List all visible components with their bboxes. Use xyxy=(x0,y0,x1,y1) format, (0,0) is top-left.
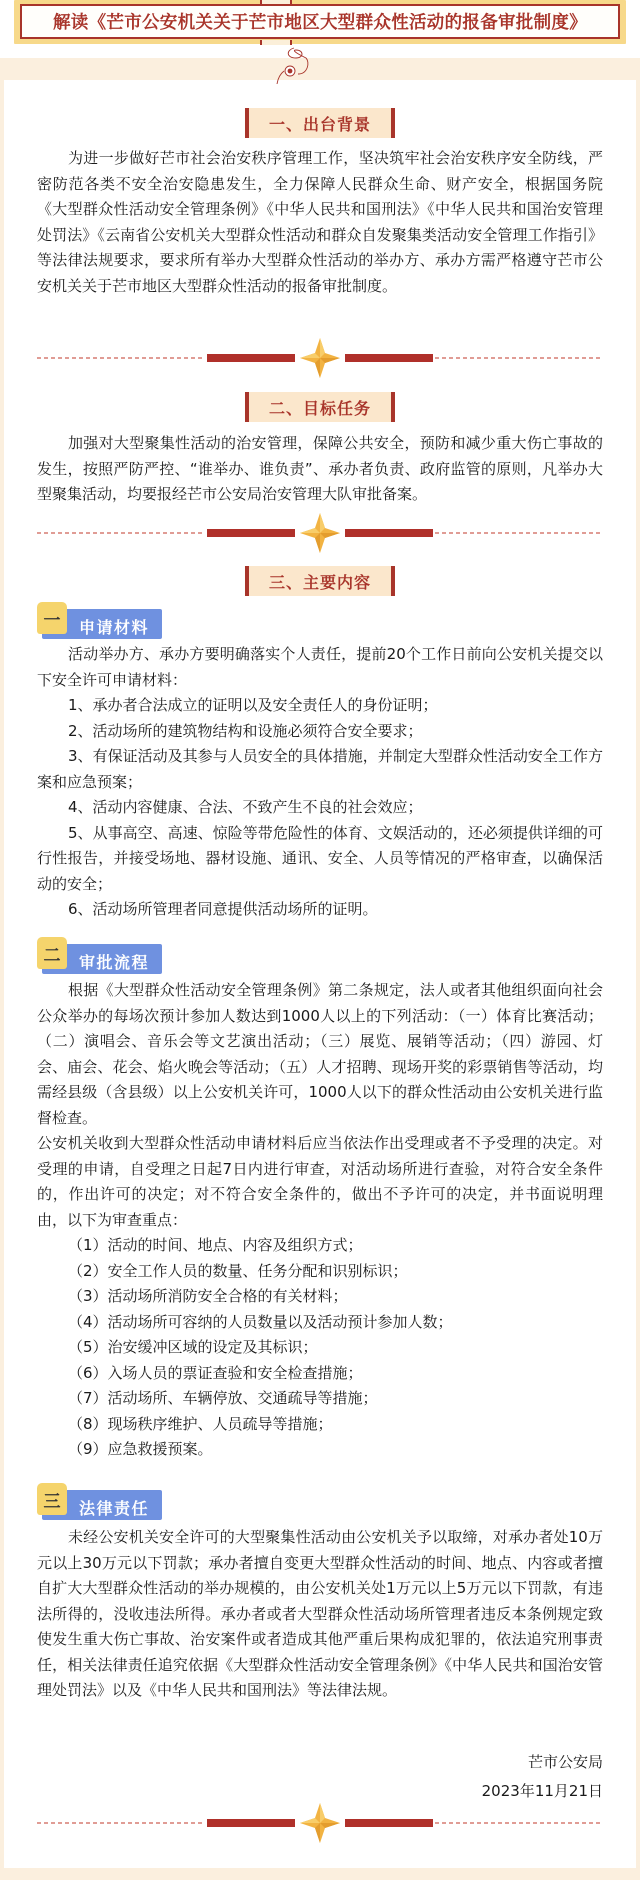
paragraph: 加强对大型聚集性活动的治安管理，保障公共安全，预防和减少重大伤亡事故的发生，按照… xyxy=(37,431,603,508)
title-banner: 解读《芒市公安机关关于芒市地区大型群众性活动的报备审批制度》 xyxy=(14,0,626,44)
paragraph: 活动举办方、承办方要明确落实个人责任，提前20个工作日前向公安机关提交以下安全许… xyxy=(37,642,603,693)
list-item: （2）安全工作人员的数量、任务分配和识别标识； xyxy=(37,1259,603,1285)
liability-content: 未经公安机关安全许可的大型聚集性活动由公安机关予以取缔，对承办者处10万元以上3… xyxy=(37,1525,603,1704)
approval-content: 根据《大型群众性活动安全管理条例》第二条规定，法人或者其他组织面向社会公众举办的… xyxy=(37,978,603,1463)
paragraph: 未经公安机关安全许可的大型聚集性活动由公安机关予以取缔，对承办者处10万元以上3… xyxy=(37,1525,603,1704)
star-divider-icon xyxy=(37,1798,603,1848)
badge-number: 三 xyxy=(37,1483,67,1515)
list-item: （9）应急救援预案。 xyxy=(37,1437,603,1463)
objectives-paragraph: 加强对大型聚集性活动的治安管理，保障公共安全，预防和减少重大伤亡事故的发生，按照… xyxy=(37,431,603,508)
list-item: 3、有保证活动及其参与人员安全的具体措施，并制定大型群众性活动安全工作方案和应急… xyxy=(37,744,603,795)
thread-ornament-icon xyxy=(230,44,350,84)
list-item: 4、活动内容健康、合法、不致产生不良的社会效应； xyxy=(37,795,603,821)
list-item: （6）入场人员的票证查验和安全检查措施； xyxy=(37,1361,603,1387)
section-heading-text: 一、出台背景 xyxy=(269,112,371,135)
page-title: 解读《芒市公安机关关于芒市地区大型群众性活动的报备审批制度》 xyxy=(53,9,587,34)
title-box: 解读《芒市公安机关关于芒市地区大型群众性活动的报备审批制度》 xyxy=(20,4,620,39)
badge-label: 审批流程 xyxy=(79,950,149,973)
list-item: （1）活动的时间、地点、内容及组织方式； xyxy=(37,1233,603,1259)
list-item: 2、活动场所的建筑物结构和设施必须符合安全要求； xyxy=(37,719,603,745)
section-heading-text: 二、目标任务 xyxy=(269,396,371,419)
list-item: 5、从事高空、高速、惊险等带危险性的体育、文娱活动的，还必须提供详细的可行性报告… xyxy=(37,821,603,898)
section-heading-text: 三、主要内容 xyxy=(269,570,371,593)
star-divider-icon xyxy=(37,333,603,383)
badge-label: 法律责任 xyxy=(79,1496,149,1519)
badge-number: 一 xyxy=(37,602,67,634)
section-heading-background: 一、出台背景 xyxy=(245,108,395,138)
section-heading-main-content: 三、主要内容 xyxy=(245,566,395,596)
subsection-badge-liability: 三 法律责任 xyxy=(37,1483,167,1519)
subsection-badge-approval: 二 审批流程 xyxy=(37,937,167,973)
badge-label: 申请材料 xyxy=(79,615,149,638)
badge-number: 二 xyxy=(37,937,67,969)
section-heading-objectives: 二、目标任务 xyxy=(245,392,395,422)
signature-org: 芒市公安局 xyxy=(303,1748,603,1777)
paragraph: 公安机关收到大型群众性活动申请材料后应当依法作出受理或者不予受理的决定。对受理的… xyxy=(37,1131,603,1233)
list-item: （3）活动场所消防安全合格的有关材料； xyxy=(37,1284,603,1310)
list-item: （7）活动场所、车辆停放、交通疏导等措施； xyxy=(37,1386,603,1412)
paragraph: 为进一步做好芒市社会治安秩序管理工作，坚决筑牢社会治安秩序安全防线，严密防范各类… xyxy=(37,146,603,299)
list-item: 6、活动场所管理者同意提供活动场所的证明。 xyxy=(37,897,603,923)
materials-content: 活动举办方、承办方要明确落实个人责任，提前20个工作日前向公安机关提交以下安全许… xyxy=(37,642,603,923)
list-item: （4）活动场所可容纳的人员数量以及活动预计参加人数； xyxy=(37,1310,603,1336)
background-paragraph: 为进一步做好芒市社会治安秩序管理工作，坚决筑牢社会治安秩序安全防线，严密防范各类… xyxy=(37,146,603,299)
subsection-badge-materials: 一 申请材料 xyxy=(37,602,167,638)
paragraph: 根据《大型群众性活动安全管理条例》第二条规定，法人或者其他组织面向社会公众举办的… xyxy=(37,978,603,1131)
star-divider-icon xyxy=(37,508,603,558)
list-item: 1、承办者合法成立的证明以及安全责任人的身份证明； xyxy=(37,693,603,719)
list-item: （5）治安缓冲区域的设定及其标识； xyxy=(37,1335,603,1361)
list-item: （8）现场秩序维护、人员疏导等措施； xyxy=(37,1412,603,1438)
